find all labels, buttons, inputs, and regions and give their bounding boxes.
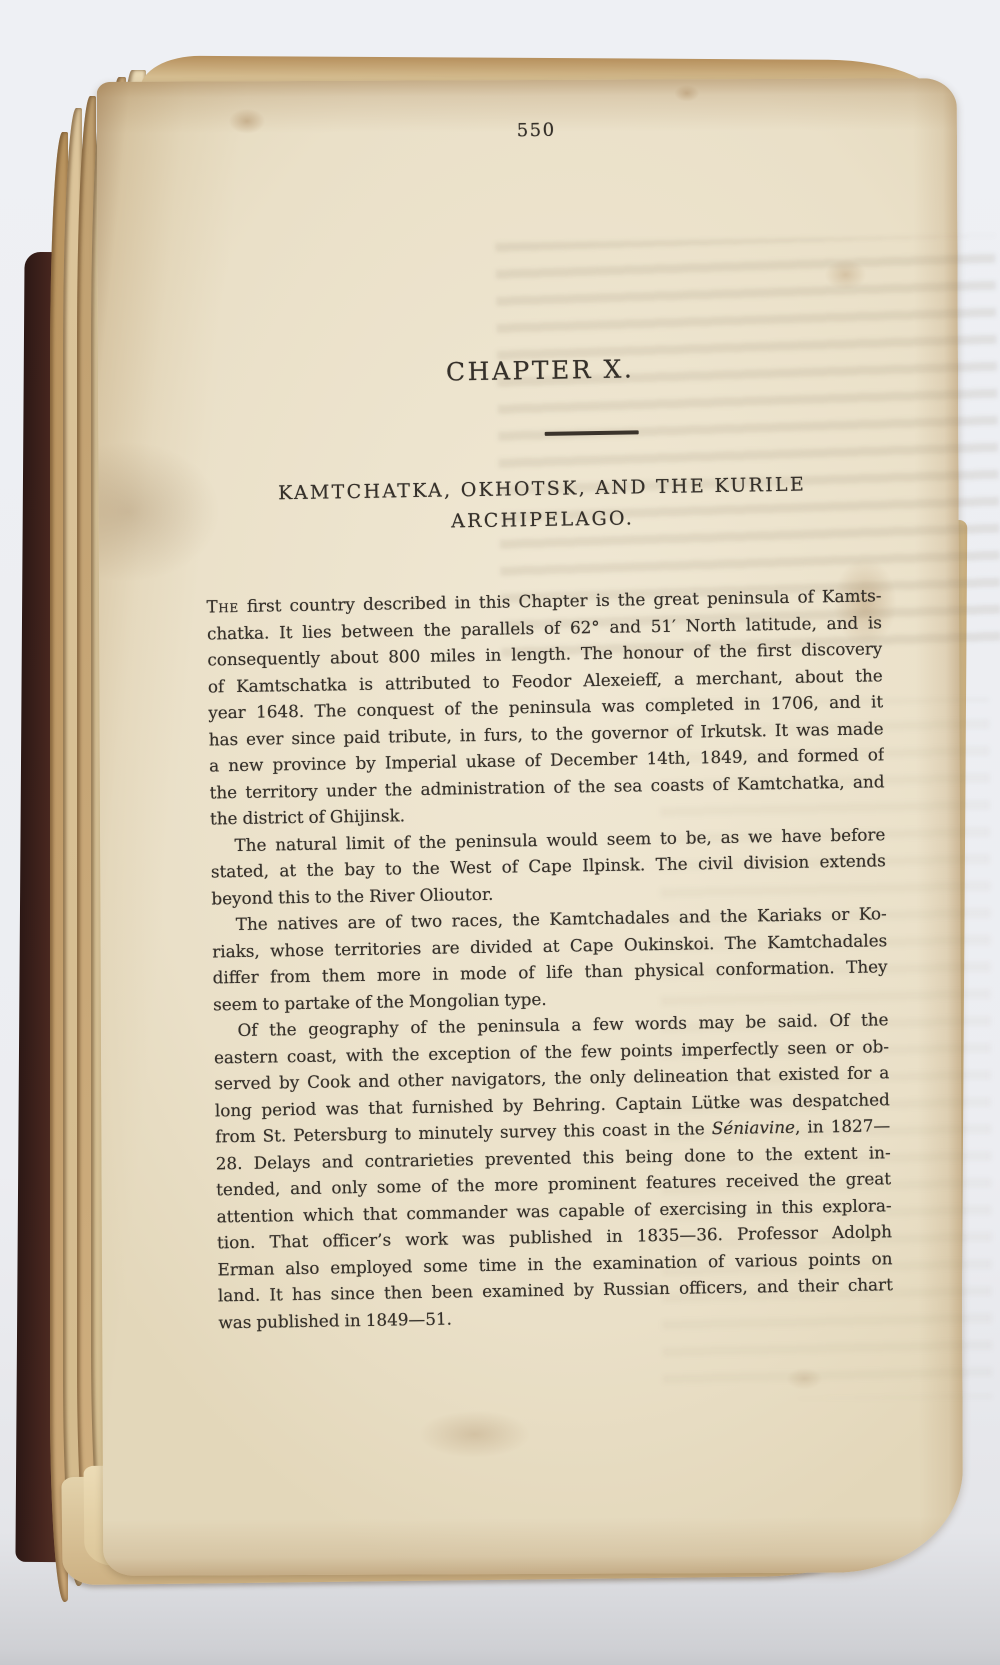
- photo-of-open-book: { "page": { "number": "550", "chapter_he…: [0, 0, 1000, 1665]
- paragraph: The natives are of two races, the Kamtch…: [212, 900, 889, 1017]
- chapter-heading: CHAPTER X.: [202, 350, 877, 390]
- paragraph: Of the geography of the peninsula a few …: [213, 1006, 893, 1335]
- chapter-title: KAMTCHATKA, OKHOTSK, AND THE KURILE ARCH…: [204, 468, 880, 541]
- chapter-divider-rule: [545, 430, 639, 436]
- book-page: 550 CHAPTER X. KAMTCHATKA, OKHOTSK, AND …: [97, 78, 964, 1576]
- page-number: 550: [199, 114, 874, 146]
- paragraph: The natural limit of the peninsula would…: [210, 821, 886, 912]
- body-text: The first country described in this Chap…: [206, 582, 893, 1335]
- paragraph: The first country described in this Chap…: [206, 582, 885, 832]
- printed-page-content: 550 CHAPTER X. KAMTCHATKA, OKHOTSK, AND …: [93, 73, 978, 1581]
